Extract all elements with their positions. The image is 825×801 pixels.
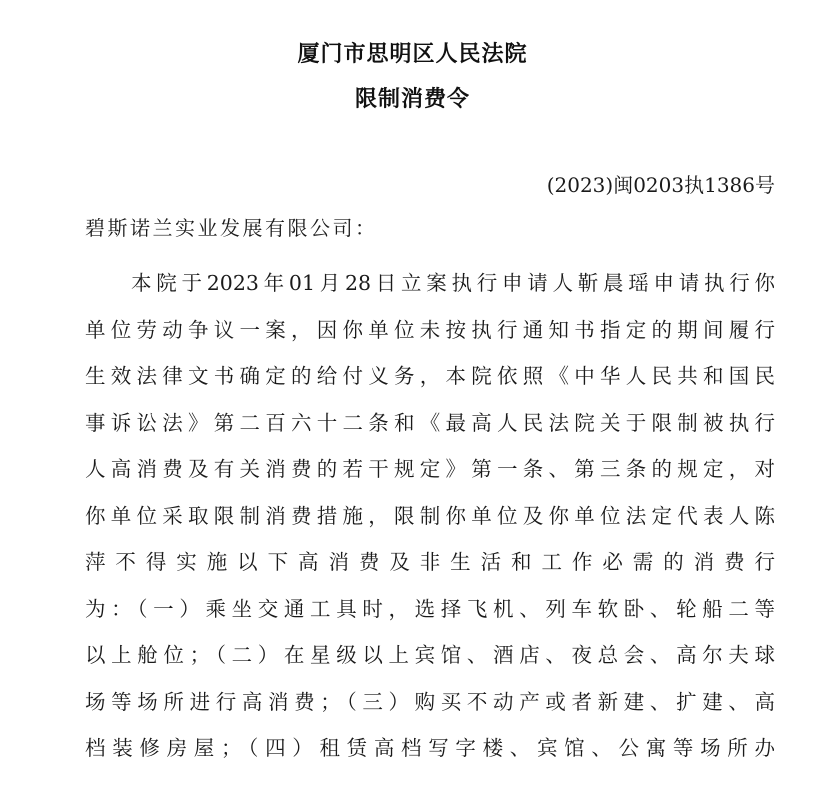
body-line: 萍不得实施以下高消费及非生活和工作必需的消费行 — [85, 542, 775, 589]
body-line: 档装修房屋；（四）租赁高档写字楼、宾馆、公寓等场所办 — [85, 728, 775, 775]
body-line: 你单位采取限制消费措施，限制你单位及你单位法定代表人陈 — [85, 496, 775, 543]
body-line: 以上舱位；（二）在星级以上宾馆、酒店、夜总会、高尔夫球 — [85, 635, 775, 682]
body-line: 本院于2023年01月28日立案执行申请人靳晨瑶申请执行你 — [85, 263, 775, 310]
body-paragraph: 本院于2023年01月28日立案执行申请人靳晨瑶申请执行你 单位劳动争议一案，因… — [85, 263, 775, 775]
addressee: 碧斯诺兰实业发展有限公司： — [85, 213, 378, 243]
case-number: (2023)闽0203执1386号 — [547, 170, 775, 200]
body-line: 场等场所进行高消费；（三）购买不动产或者新建、扩建、高 — [85, 682, 775, 729]
court-name-heading: 厦门市思明区人民法院 — [0, 40, 825, 70]
body-line: 生效法律文书确定的给付义务，本院依照《中华人民共和国民 — [85, 356, 775, 403]
body-line: 事诉讼法》第二百六十二条和《最高人民法院关于限制被执行 — [85, 403, 775, 450]
document-type-heading: 限制消费令 — [0, 85, 825, 115]
body-line: 为：（一）乘坐交通工具时，选择飞机、列车软卧、轮船二等 — [85, 589, 775, 636]
body-line: 人高消费及有关消费的若干规定》第一条、第三条的规定，对 — [85, 449, 775, 496]
body-line: 单位劳动争议一案，因你单位未按执行通知书指定的期间履行 — [85, 310, 775, 357]
